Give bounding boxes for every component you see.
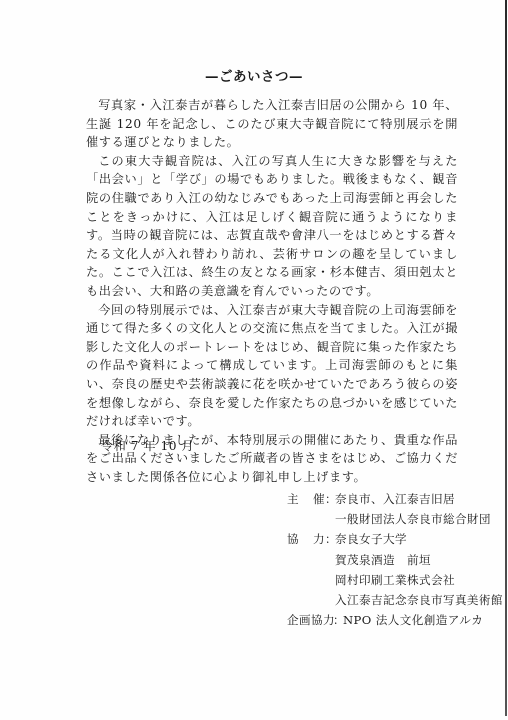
paragraph-exhibition-focus: 今回の特別展示では、入江泰吉が東大寺観音院の上司海雲師を通じて得た多くの文化人と… xyxy=(86,301,458,431)
credit-colon: ： xyxy=(333,610,343,630)
scan-edge-line xyxy=(505,0,507,716)
credit-planning-label: 企画協力 xyxy=(287,610,333,630)
paragraph-anniversary: 写真家・入江泰吉が暮らした入江泰吉旧居の公開から 10 年、生誕 120 年を記… xyxy=(86,96,458,152)
credit-organizer-label: 主 催 xyxy=(287,489,325,509)
credit-cooperation-value: 入江泰吉記念奈良市写真美術館 xyxy=(287,590,503,610)
credit-organizer-row-cont: 一般財団法人奈良市総合財団 xyxy=(287,509,503,529)
credit-cooperation-value: 奈良女子大学 xyxy=(335,529,407,549)
credit-cooperation-value: 賀茂泉酒造 前垣 xyxy=(287,550,431,570)
credit-colon: ： xyxy=(325,529,335,549)
credit-cooperation-row-cont: 岡村印刷工業株式会社 xyxy=(287,570,503,590)
document-date: 令和 7 年 10 月 xyxy=(101,437,194,455)
credit-organizer-value: 一般財団法人奈良市総合財団 xyxy=(287,509,491,529)
paragraph-kannon-in-history: この東大寺観音院は、入江の写真人生に大きな影響を与えた「出会い」と「学び」の場で… xyxy=(86,152,458,301)
credit-organizer-value: 奈良市、入江泰吉旧居 xyxy=(335,489,455,509)
credit-cooperation-value: 岡村印刷工業株式会社 xyxy=(287,570,455,590)
greeting-title: —ごあいさつ— xyxy=(0,68,508,86)
document-page: —ごあいさつ— 写真家・入江泰吉が暮らした入江泰吉旧居の公開から 10 年、生誕… xyxy=(0,0,508,720)
credit-planning-row: 企画協力 ： NPO 法人文化創造アルカ xyxy=(287,610,503,630)
credit-cooperation-row-cont: 賀茂泉酒造 前垣 xyxy=(287,550,503,570)
credit-cooperation-label: 協 力 xyxy=(287,529,325,549)
greeting-body: 写真家・入江泰吉が暮らした入江泰吉旧居の公開から 10 年、生誕 120 年を記… xyxy=(86,96,458,486)
credit-cooperation-row: 協 力 ： 奈良女子大学 xyxy=(287,529,503,549)
credit-planning-value: NPO 法人文化創造アルカ xyxy=(343,610,483,630)
credits-block: 主 催 ： 奈良市、入江泰吉旧居 一般財団法人奈良市総合財団 協 力 ： 奈良女… xyxy=(287,489,503,630)
credit-organizer-row: 主 催 ： 奈良市、入江泰吉旧居 xyxy=(287,489,503,509)
credit-colon: ： xyxy=(325,489,335,509)
credit-cooperation-row-cont: 入江泰吉記念奈良市写真美術館 xyxy=(287,590,503,610)
